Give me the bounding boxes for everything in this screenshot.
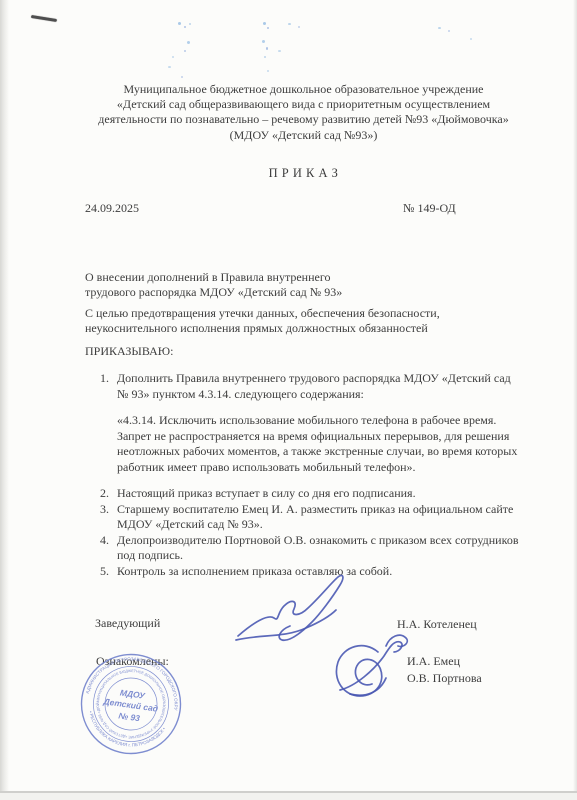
order-item-2: 2. Настоящий приказ вступает в силу со д… [100, 486, 524, 502]
staff-name-emets: И.А. Емец [407, 653, 482, 670]
item-number: 1. [100, 371, 117, 486]
order-number: № 149-ОД [403, 201, 456, 216]
staff-name-portnova: О.В. Портнова [407, 670, 482, 687]
order-item-3: 3. Старшему воспитателю Емец И. А. разме… [100, 502, 524, 533]
order-item-4: 4. Делопроизводителю Портновой О.В. озна… [100, 533, 524, 564]
scan-edge-left [0, 0, 9, 800]
item-text: Старшему воспитателю Емец И. А. размести… [117, 502, 524, 533]
order-preamble: С целью предотвращения утечки данных, об… [85, 306, 523, 336]
official-stamp-icon: АДМИНИСТРАЦИЯ ПЕТРОЗАВОДСКОГО ГОРОДСКОГО… [79, 652, 183, 756]
staff-signature [326, 628, 416, 708]
org-header-line-3: деятельности по познавательно – речевому… [60, 112, 547, 127]
item-text: Настоящий приказ вступает в силу со дня … [117, 486, 524, 502]
item-number: 4. [100, 533, 117, 564]
item-number: 2. [100, 486, 117, 502]
order-title: П Р И К А З [60, 166, 547, 181]
scan-edge-right [573, 0, 577, 800]
org-header-line-2: «Детский сад общеразвивающего вида с при… [60, 97, 547, 112]
org-header-line-4: (МДОУ «Детский сад №93») [60, 128, 547, 143]
scan-edge-bottom-area [0, 793, 577, 800]
item-quote: «4.3.14. Исключить использование мобильн… [117, 413, 524, 475]
order-date: 24.09.2025 [85, 201, 139, 216]
order-subject: О внесении дополнений в Правила внутренн… [85, 270, 342, 300]
staff-names: И.А. Емец О.В. Портнова [407, 653, 482, 686]
director-role: Заведующий [95, 616, 160, 631]
scanned-document-page: Муниципальное бюджетное дошкольное образ… [0, 0, 577, 800]
stamp-center-line-3: № 93 [118, 710, 141, 723]
item-number: 3. [100, 502, 117, 533]
item-number: 5. [100, 564, 117, 580]
staple-mark [31, 15, 57, 22]
decree-label: ПРИКАЗЫВАЮ: [85, 344, 173, 359]
order-subject-line-2: трудового распорядка МДОУ «Детский сад №… [85, 285, 342, 300]
org-header: Муниципальное бюджетное дошкольное образ… [60, 82, 547, 143]
order-items: 1. Дополнить Правила внутреннего трудово… [100, 371, 524, 579]
item-text: Делопроизводителю Портновой О.В. ознаком… [117, 533, 524, 564]
order-subject-line-1: О внесении дополнений в Правила внутренн… [85, 270, 342, 285]
item-text: Дополнить Правила внутреннего трудового … [117, 371, 511, 401]
org-header-line-1: Муниципальное бюджетное дошкольное образ… [60, 82, 547, 97]
order-item-1: 1. Дополнить Правила внутреннего трудово… [100, 371, 524, 486]
